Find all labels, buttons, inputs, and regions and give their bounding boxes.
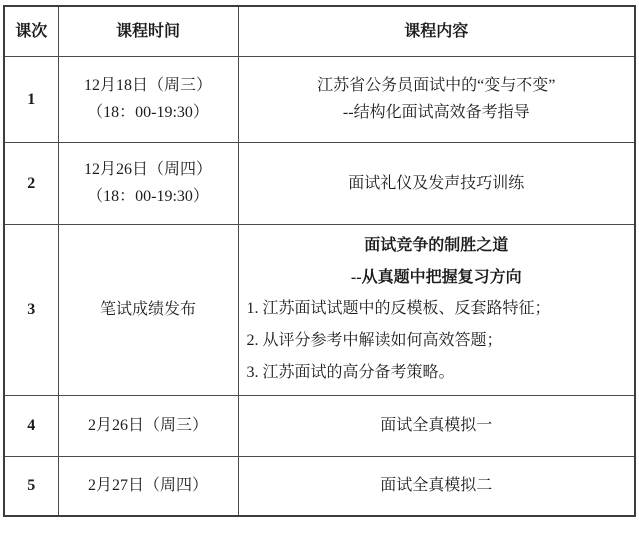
lesson-no: 1 (4, 56, 58, 142)
table-row-4: 4 2月26日（周三） 面试全真模拟一 (4, 395, 635, 456)
time-line: 2月27日（周四） (59, 472, 238, 499)
lesson-time: 2月26日（周三） (58, 395, 238, 456)
content-line: 江苏省公务员面试中的“变与不变” (239, 72, 635, 99)
content-line: 面试全真模拟二 (239, 472, 635, 499)
lesson-no: 5 (4, 456, 58, 516)
lesson-content: 面试全真模拟一 (238, 395, 635, 456)
lesson-no: 4 (4, 395, 58, 456)
lesson-content: 面试礼仪及发声技巧训练 (238, 142, 635, 224)
lesson-content: 面试竞争的制胜之道 --从真题中把握复习方向 1. 江苏面试试题中的反模板、反套… (238, 224, 635, 395)
lesson-no: 3 (4, 224, 58, 395)
time-line: 笔试成绩发布 (59, 296, 238, 323)
header-course-time: 课程时间 (58, 6, 238, 56)
lesson-time: 2月27日（周四） (58, 456, 238, 516)
time-line: 2月26日（周三） (59, 412, 238, 439)
time-line: （18：00-19:30） (59, 99, 238, 126)
content-subtitle: --从真题中把握复习方向 (245, 267, 629, 289)
table-row-1: 1 12月18日（周三） （18：00-19:30） 江苏省公务员面试中的“变与… (4, 56, 635, 142)
content-line: 面试礼仪及发声技巧训练 (239, 170, 635, 197)
lesson-time: 12月26日（周四） （18：00-19:30） (58, 142, 238, 224)
course-schedule-table: 课次 课程时间 课程内容 1 12月18日（周三） （18：00-19:30） … (3, 5, 636, 517)
header-row: 课次 课程时间 课程内容 (4, 6, 635, 56)
content-list-item: 1. 江苏面试试题中的反模板、反套路特征； (245, 298, 629, 320)
lesson-time: 12月18日（周三） （18：00-19:30） (58, 56, 238, 142)
content-line: --结构化面试高效备考指导 (239, 99, 635, 126)
time-line: 12月26日（周四） (59, 156, 238, 183)
content-list-item: 3. 江苏面试的高分备考策略。 (245, 362, 629, 384)
content-list-item: 2. 从评分参考中解读如何高效答题； (245, 330, 629, 352)
content-line: 面试全真模拟一 (239, 412, 635, 439)
course-schedule-page: 课次 课程时间 课程内容 1 12月18日（周三） （18：00-19:30） … (0, 0, 639, 517)
lesson-no: 2 (4, 142, 58, 224)
time-line: 12月18日（周三） (59, 72, 238, 99)
header-lesson-no: 课次 (4, 6, 58, 56)
content-title: 面试竞争的制胜之道 (245, 235, 629, 257)
lesson-content: 面试全真模拟二 (238, 456, 635, 516)
table-row-3: 3 笔试成绩发布 面试竞争的制胜之道 --从真题中把握复习方向 1. 江苏面试试… (4, 224, 635, 395)
header-course-content: 课程内容 (238, 6, 635, 56)
lesson-content: 江苏省公务员面试中的“变与不变” --结构化面试高效备考指导 (238, 56, 635, 142)
table-row-2: 2 12月26日（周四） （18：00-19:30） 面试礼仪及发声技巧训练 (4, 142, 635, 224)
time-line: （18：00-19:30） (59, 183, 238, 210)
table-row-5: 5 2月27日（周四） 面试全真模拟二 (4, 456, 635, 516)
lesson-time: 笔试成绩发布 (58, 224, 238, 395)
